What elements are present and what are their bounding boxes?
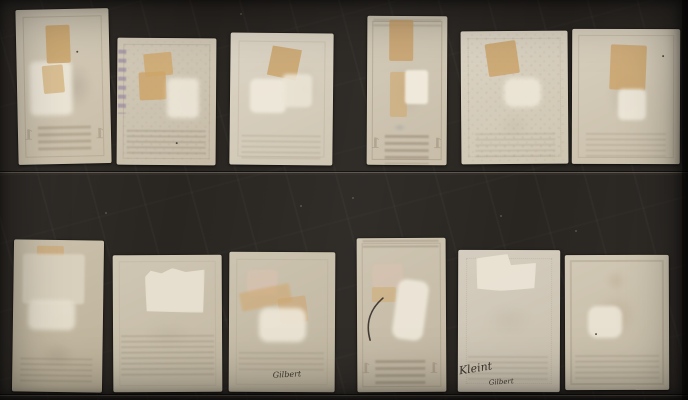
design-showthrough: [288, 57, 323, 119]
paper-patch: [618, 89, 646, 120]
text-showthrough-band: 11: [361, 358, 439, 390]
stamp: 11: [15, 8, 111, 165]
stamp: 11: [367, 16, 448, 165]
page-edge-shadow: [682, 0, 688, 400]
hinge-remnant: [267, 45, 303, 81]
text-showthrough: [20, 357, 92, 384]
stamp: [229, 32, 333, 165]
text-showthrough: [375, 360, 425, 388]
stain-patch: [373, 264, 403, 288]
design-showthrough-frame: [23, 15, 105, 158]
numeral-showthrough: 1: [361, 362, 371, 376]
design-showthrough-frame: [237, 41, 325, 158]
hinge-remnant: [45, 25, 70, 64]
design-showthrough: [600, 57, 652, 131]
design-showthrough: [601, 265, 631, 297]
design-showthrough-frame: [372, 21, 443, 160]
stamp: [565, 255, 669, 390]
text-showthrough: [468, 356, 548, 380]
design-showthrough: [474, 296, 544, 344]
text-showthrough: [121, 335, 214, 379]
text-showthrough: [363, 240, 439, 250]
numeral-showthrough: 1: [371, 137, 381, 151]
expert-signature: Kleint: [458, 359, 493, 377]
photo-canvas: Photograph of twelve imperforate stamp b…: [0, 0, 688, 400]
dust-speck: [500, 215, 502, 217]
stamp: [461, 31, 569, 165]
paper-patch: [29, 61, 72, 116]
hinge-remnant: [609, 44, 647, 90]
numeral-showthrough: 1: [24, 129, 34, 143]
text-showthrough: [38, 125, 92, 154]
design-showthrough: [54, 52, 99, 119]
hinge-remnant: [389, 20, 413, 61]
text-showthrough-band: 11: [371, 133, 443, 166]
design-showthrough: [32, 336, 83, 377]
stamp: 11: [357, 238, 447, 392]
dust-speck: [105, 212, 107, 214]
ink-mark: [363, 296, 387, 342]
hinge-remnant: [42, 64, 65, 94]
speck: [595, 333, 597, 335]
design-showthrough: [26, 117, 67, 152]
paper-patch: [405, 70, 428, 104]
text-showthrough: [241, 135, 320, 160]
hinge-remnant: [37, 246, 64, 256]
text-showthrough: [373, 19, 441, 28]
design-showthrough-frame: [466, 258, 552, 384]
stockpage-strip-edge: [0, 394, 688, 398]
paper-patch: [28, 300, 75, 331]
expert-signature: Gilbert: [489, 377, 514, 387]
stain-patch: [247, 270, 277, 295]
speck: [76, 51, 78, 53]
paper-patch: [250, 79, 286, 113]
stamp: [117, 38, 217, 166]
paper-patch: [476, 254, 536, 291]
design-showthrough: [585, 283, 647, 347]
paper-patch: [259, 308, 306, 342]
design-showthrough: [392, 124, 408, 131]
text-showthrough: [586, 133, 666, 157]
paper-patch: [145, 268, 205, 313]
text-showthrough-band: 11: [24, 123, 106, 157]
hinge-remnant: [277, 295, 308, 325]
text-showthrough: [575, 355, 659, 381]
pattern-showthrough: [120, 41, 214, 163]
paper-patch: [22, 254, 85, 305]
design-showthrough-frame: [570, 260, 664, 385]
hinge-remnant: [390, 72, 407, 117]
pattern-showthrough: [464, 34, 566, 162]
design-showthrough: [133, 315, 203, 355]
design-showthrough-frame: [119, 261, 217, 387]
numeral-showthrough: 1: [429, 362, 439, 376]
paper-patch: [588, 306, 622, 338]
stamp: Gilbert: [229, 252, 336, 393]
dust-speck: [575, 230, 577, 232]
dust-speck: [240, 13, 242, 15]
paper-patch: [391, 278, 430, 342]
stamp: [113, 255, 223, 393]
speck: [662, 55, 664, 57]
dust-speck: [352, 197, 354, 199]
text-showthrough: [239, 352, 324, 374]
numeral-showthrough: 1: [95, 127, 105, 141]
stamp: [12, 239, 104, 392]
design-showthrough-frame: [236, 259, 329, 385]
expert-signature: Gilbert: [273, 369, 302, 379]
dust-speck: [300, 205, 302, 207]
stamp: [572, 29, 680, 164]
design-showthrough-frame: [578, 35, 674, 158]
design-showthrough: [383, 54, 431, 126]
paper-patch: [282, 74, 312, 107]
text-showthrough: [385, 135, 429, 164]
stamp: KleintGilbert: [458, 250, 560, 392]
numeral-showthrough: 1: [433, 137, 443, 151]
stockpage-strip-edge: [0, 171, 688, 175]
hinge-remnant: [239, 283, 293, 312]
